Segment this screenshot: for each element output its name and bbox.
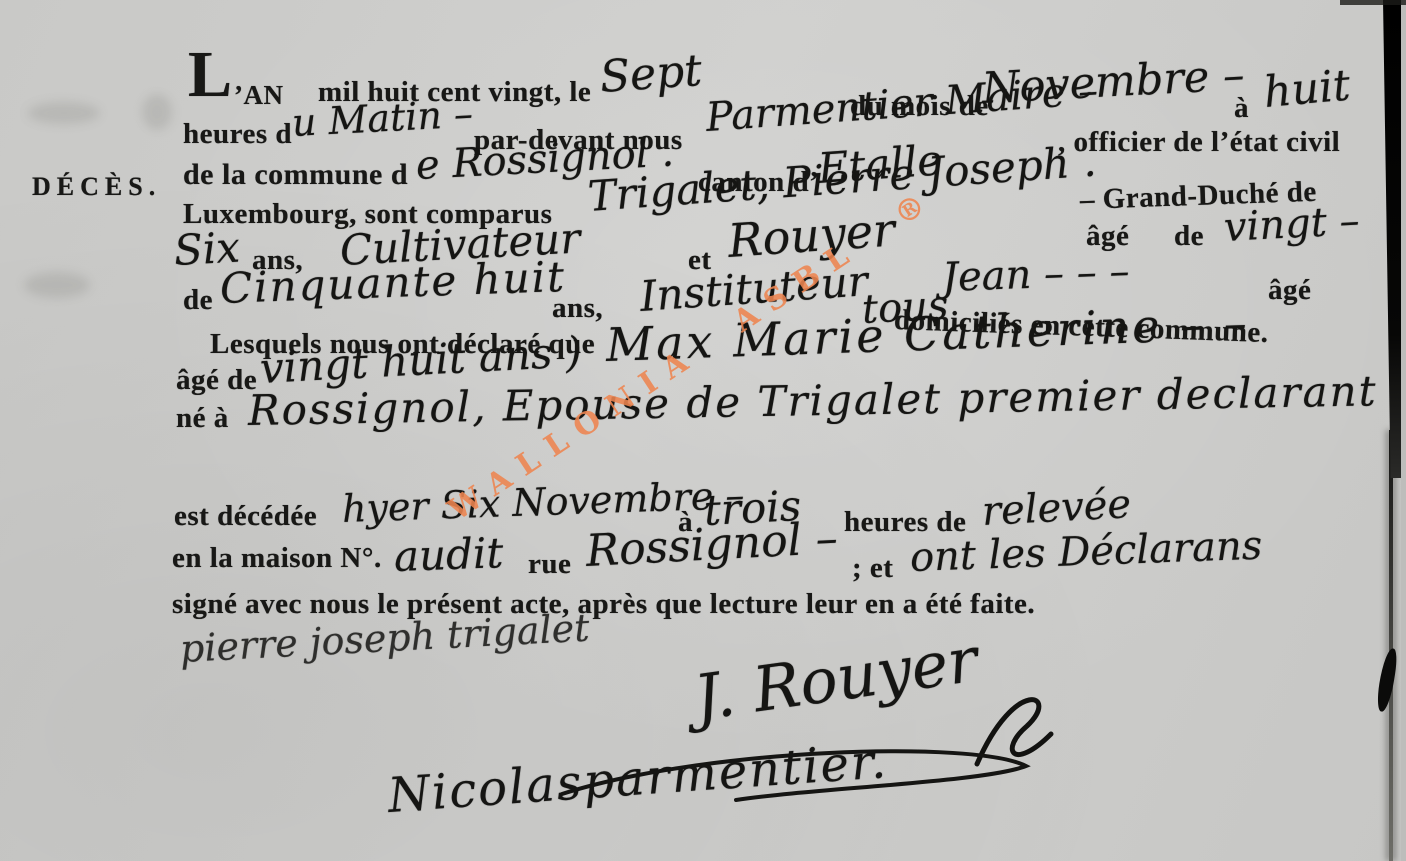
page-edge	[1401, 0, 1406, 861]
printed-form-text: heures d	[183, 120, 292, 149]
printed-form-text: âgé	[1086, 222, 1129, 251]
printed-form-text: ans,	[552, 294, 603, 323]
bleedthrough-smudge	[24, 272, 90, 298]
hw-death-period: relevée	[981, 484, 1132, 532]
hw-day: Sept	[598, 49, 703, 100]
printed-form-text: est décédée	[174, 502, 317, 531]
signature-flourish	[556, 736, 1036, 806]
printed-form-text: L	[188, 42, 232, 108]
page-gutter-shadow	[1383, 0, 1401, 478]
hw-declarant2-firstname: Jean – – –	[941, 251, 1130, 298]
hw-declarant2-age: Cinquante huit	[219, 256, 566, 310]
hw-hour: huit	[1262, 65, 1352, 115]
top-edge-smear	[1340, 0, 1406, 5]
printed-form-text: né à	[176, 404, 229, 433]
printed-form-text: ’AN	[234, 82, 284, 109]
bleedthrough-smudge	[142, 94, 172, 130]
deces-margin-label: DÉCÈS.	[32, 174, 161, 200]
hw-declarants-signed: ont les Déclarans	[909, 526, 1263, 578]
printed-form-text: rue	[528, 550, 571, 579]
gutter-ink-blob	[1375, 647, 1399, 712]
signature-declarant-2: J. Rouyer	[691, 629, 982, 730]
printed-form-text: de	[1174, 222, 1204, 251]
hw-time-of-day: u Matin –	[291, 95, 474, 142]
printed-form-text: de la commune d	[183, 160, 408, 190]
printed-form-text: à	[1234, 94, 1249, 123]
printed-form-text: de	[183, 286, 213, 315]
death-record-scan: DÉCÈS. L ’AN mil huit cent vingt, le Sep…	[0, 0, 1406, 861]
hw-street: Rossignol –	[585, 517, 839, 574]
hw-officer-name: Parmentier Maire –	[705, 71, 1100, 138]
hw-house: audit	[393, 532, 504, 578]
bleedthrough-smudge	[28, 102, 100, 124]
printed-form-text: âgé	[1268, 276, 1311, 305]
printed-form-text: signé avec nous le présent acte, après q…	[172, 590, 1035, 619]
printed-form-text: en la maison N°.	[172, 544, 382, 573]
printed-form-text: ; et	[852, 554, 893, 583]
hw-declarant1-age: vingt –	[1223, 201, 1360, 248]
gutter-crease	[1389, 430, 1393, 861]
printed-form-text: , officier de l’état civil	[1058, 128, 1340, 157]
printed-form-text: âgé de	[176, 366, 257, 395]
